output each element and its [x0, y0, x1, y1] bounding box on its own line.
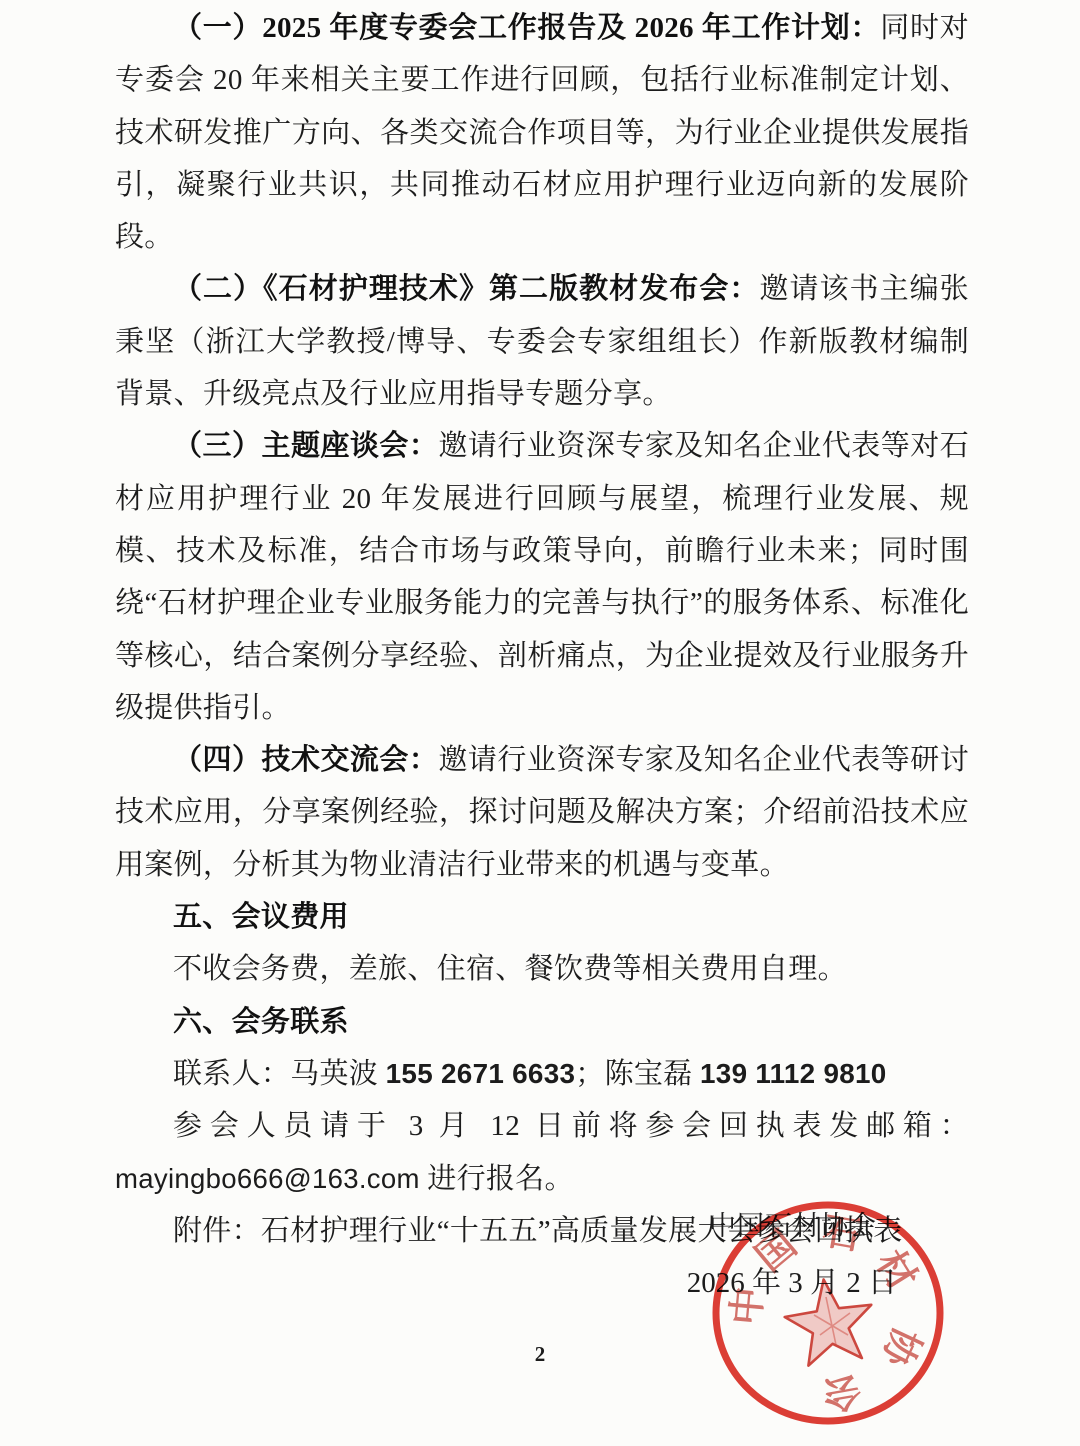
- paragraph: （一）2025 年度专委会工作报告及 2026 年工作计划：同时对专委会 20 …: [115, 2, 969, 263]
- text-run: 参会人员请于 3 月 12 日前将参会回执表发邮箱：: [173, 1110, 969, 1142]
- paragraph: 参会人员请于 3 月 12 日前将参会回执表发邮箱：: [115, 1100, 969, 1152]
- text-run: 不收会务费，差旅、住宿、餐饮费等相关费用自理。: [173, 953, 847, 985]
- text-run: mayingbo666@163.com: [115, 1163, 420, 1194]
- paragraph: （四）技术交流会：邀请行业资深专家及知名企业代表等研讨技术应用，分享案例经验，探…: [115, 734, 969, 891]
- text-run: 139 1112 9810: [700, 1058, 887, 1089]
- text-run: （二）《石材护理技术》第二版教材发布会：: [173, 273, 759, 305]
- text-run: （三）主题座谈会：: [173, 430, 438, 462]
- text-run: 五、会议费用: [173, 901, 349, 933]
- paragraph: （三）主题座谈会：邀请行业资深专家及知名企业代表等对石材应用护理行业 20 年发…: [115, 420, 969, 734]
- text-run: 进行报名。: [420, 1163, 574, 1195]
- paragraph: 不收会务费，差旅、住宿、餐饮费等相关费用自理。: [115, 943, 969, 995]
- seal-character: 石: [820, 1210, 865, 1258]
- paragraph: （二）《石材护理技术》第二版教材发布会：邀请该书主编张秉坚（浙江大学教授/博导、…: [115, 263, 969, 420]
- document-body: （一）2025 年度专委会工作报告及 2026 年工作计划：同时对专委会 20 …: [115, 2, 969, 1257]
- seal-character: 中: [726, 1285, 771, 1327]
- text-run: 邀请行业资深专家及知名企业代表等对石材应用护理行业 20 年发展进行回顾与展望，…: [115, 430, 969, 723]
- official-seal-icon: 中国石材协会: [698, 1185, 958, 1445]
- section-heading: 六、会务联系: [115, 996, 969, 1048]
- text-run: 155 2671 6633: [386, 1058, 576, 1089]
- text-run: 联系人：马英波: [173, 1058, 386, 1090]
- paragraph: 联系人：马英波 155 2671 6633；陈宝磊 139 1112 9810: [115, 1048, 969, 1100]
- text-run: 六、会务联系: [173, 1006, 349, 1038]
- text-run: （四）技术交流会：: [173, 744, 438, 776]
- section-heading: 五、会议费用: [115, 891, 969, 943]
- seal-character: 材: [868, 1243, 924, 1297]
- text-run: 同时对专委会 20 年来相关主要工作进行回顾，包括行业标准制定计划、技术研发推广…: [115, 12, 969, 253]
- text-run: ；陈宝磊: [575, 1058, 700, 1090]
- seal-character: 会: [820, 1368, 865, 1416]
- seal-character: 协: [873, 1321, 928, 1375]
- document-page: （一）2025 年度专委会工作报告及 2026 年工作计划：同时对专委会 20 …: [0, 0, 1080, 1446]
- text-run: （一）2025 年度专委会工作报告及 2026 年工作计划：: [173, 12, 880, 44]
